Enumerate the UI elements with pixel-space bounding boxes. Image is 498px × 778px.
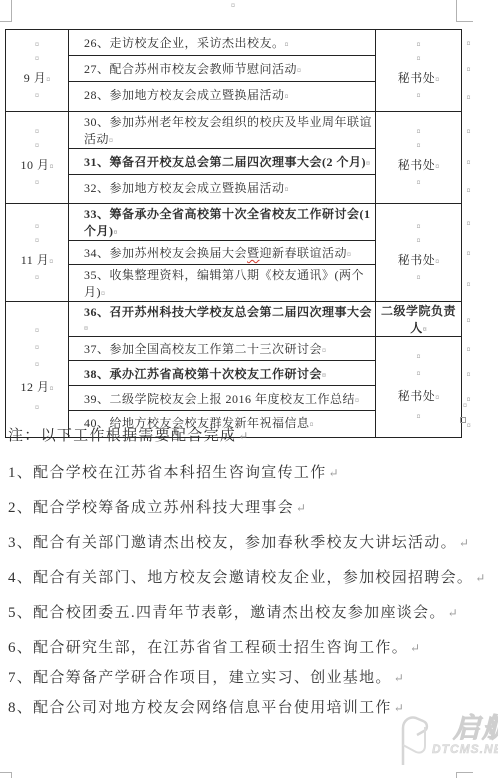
formatting-mark: ¤	[49, 257, 53, 266]
formatting-mark: ¤	[417, 370, 421, 378]
formatting-mark: ¤	[35, 142, 39, 150]
formatting-mark: ¤	[467, 186, 471, 195]
responsible-label: 二级学院负责人	[381, 304, 456, 335]
note-text: 7、配合筹备产学研合作项目，建立实习、创业基地。	[8, 670, 392, 686]
task-cell-34: 34、参加苏州校友会换届大会暨迎新春联谊活动¤	[69, 241, 376, 265]
task-row-26: ¤ ¤ 9 月¤ ¤ 26、走访校友企业，采访杰出校友。¤ ¤ ¤ 秘书处¤ ¤…	[6, 30, 476, 56]
task-cell-31: 31、筹备召开校友总会第二届四次理事大会(2 个月)¤	[69, 149, 376, 175]
task-text: 37、参加全国高校友工作第二十三次研讨会	[84, 342, 322, 356]
formatting-mark: ¤	[109, 136, 113, 145]
row-end-mark: ¤	[462, 204, 476, 241]
month-cell-november: ¤ ¤ 11 月¤ ¤	[6, 204, 69, 302]
task-cell-26: 26、走访校友企业，采访杰出校友。¤	[69, 30, 376, 56]
row-end-mark: ¤	[462, 302, 476, 337]
task-row-33: ¤ ¤ 11 月¤ ¤ 33、筹备承办全省高校第十次全省校友工作研讨会(1 个月…	[6, 204, 476, 241]
formatting-mark: ¤	[35, 55, 39, 63]
formatting-mark: ¤	[417, 55, 421, 63]
formatting-mark: ¤	[35, 128, 39, 136]
formatting-mark: ¤	[467, 370, 471, 379]
task-cell-35: 35、收集整理资料，编辑第八期《校友通讯》(两个月)¤	[69, 265, 376, 302]
formatting-mark: ¤	[35, 327, 39, 335]
task-text: 26、走访校友企业，采访杰出校友。	[84, 36, 285, 50]
responsible-label: 秘书处	[398, 158, 436, 172]
formatting-mark: ¤	[231, 2, 235, 10]
formatting-mark: ¤	[285, 92, 289, 101]
responsible-cell-october: ¤ ¤ 秘书处¤ ¤	[376, 112, 462, 204]
month-label: 9 月	[24, 71, 47, 85]
task-text: 28、参加地方校友会成立暨换届活动	[84, 88, 285, 102]
task-text: 35、收集整理资料，编辑第八期《校友通讯》(两个月)	[84, 268, 364, 299]
note-text: 3、配合有关部门邀请杰出校友，参加春秋季校友大讲坛活动。	[8, 535, 457, 551]
formatting-mark: ¤	[35, 237, 39, 245]
formatting-mark: ¤	[35, 179, 39, 187]
formatting-mark: ¤	[463, 402, 467, 410]
note-text: 1、配合学校在江苏省本科招生咨询宣传工作	[8, 465, 327, 481]
task-text: 38、承办江苏省高校第十次校友工作研讨会	[84, 367, 322, 381]
formatting-mark: ¤	[35, 223, 39, 231]
formatting-mark: ¤	[467, 316, 471, 325]
task-row-30: ¤ ¤ 10 月¤ ¤ 30、参加苏州老年校友会组织的校庆及毕业周年联谊活动¤ …	[6, 112, 476, 149]
row-end-mark: ¤	[462, 82, 476, 112]
month-cell-december: ¤ ¤ ¤ 12 月¤ ¤	[6, 302, 69, 438]
row-end-mark: ¤	[462, 361, 476, 386]
formatting-mark: ¤	[467, 395, 471, 404]
formatting-mark: ¤	[435, 257, 439, 266]
note-line-4: 4、配合有关部门、地方校友会邀请校友企业，参加校园招聘会。↵	[8, 566, 496, 601]
formatting-mark: ¤	[285, 40, 289, 49]
month-label: 12 月	[20, 380, 49, 394]
task-cell-39: 39、二级学院校友会上报 2016 年度校友工作总结¤	[69, 386, 376, 411]
task-text: 27、配合苏州市校友会教师节慰问活动	[84, 62, 297, 76]
task-text: 32、参加地方校友会成立暨换届活动	[84, 181, 285, 195]
formatting-mark: ¤	[285, 185, 289, 194]
task-text: 31、筹备召开校友总会第二届四次理事大会(2 个月)	[84, 155, 366, 169]
page-margin-mark-top-right	[456, 0, 473, 22]
note-text: 8、配合公司对地方校友会网络信息平台使用培训工作	[8, 700, 392, 716]
anchor-square-mark	[460, 417, 466, 423]
row-end-mark: ¤	[462, 56, 476, 82]
note-text: 5、配合校团委五.四青年节表彰，邀请杰出校友参加座谈会。	[8, 605, 446, 621]
page-margin-mark-bottom-left	[0, 772, 12, 778]
formatting-mark: ¤	[347, 250, 351, 259]
month-label: 10 月	[20, 158, 49, 172]
responsible-cell-deans: 二级学院负责人¤	[376, 302, 462, 337]
formatting-mark: ¤	[322, 371, 326, 380]
task-cell-38: 38、承办江苏省高校第十次校友工作研讨会¤	[69, 361, 376, 386]
paragraph-mark: ↵	[475, 571, 486, 585]
formatting-mark: ¤	[46, 75, 50, 84]
formatting-mark: ¤	[417, 92, 421, 100]
formatting-mark: ¤	[467, 93, 471, 102]
formatting-mark: ¤	[297, 66, 301, 75]
formatting-mark: ¤	[467, 65, 471, 74]
paragraph-mark: ↵	[448, 606, 459, 620]
formatting-mark: ¤	[417, 223, 421, 231]
note-line-3: 3、配合有关部门邀请杰出校友，参加春秋季校友大讲坛活动。↵	[8, 531, 496, 566]
formatting-mark: ¤	[417, 413, 421, 421]
formatting-mark: ¤	[435, 75, 439, 84]
task-text: 36、召开苏州科技大学校友总会第二届四次理事大会	[84, 305, 372, 319]
responsible-cell-september: ¤ ¤ 秘书处¤ ¤	[376, 30, 462, 112]
month-cell-september: ¤ ¤ 9 月¤ ¤	[6, 30, 69, 112]
formatting-mark: ¤	[35, 92, 39, 100]
formatting-mark: ¤	[467, 127, 471, 136]
notes-header-text: 注：以下工作根据需要配合完成	[8, 428, 236, 444]
formatting-mark: ¤	[322, 346, 326, 355]
row-end-mark: ¤	[462, 175, 476, 204]
task-cell-36: 36、召开苏州科技大学校友总会第二届四次理事大会¤	[69, 302, 376, 337]
task-text: 34、参加苏州校友会换届大会	[84, 246, 247, 260]
note-line-2: 2、配合学校筹备成立苏州科技大理事会↵	[8, 496, 496, 531]
formatting-mark: ¤	[50, 384, 54, 393]
task-cell-28: 28、参加地方校友会成立暨换届活动¤	[69, 82, 376, 112]
note-line-1: 1、配合学校在江苏省本科招生咨询宣传工作↵	[8, 461, 496, 496]
formatting-mark: ¤	[467, 345, 471, 354]
formatting-mark: ¤	[417, 142, 421, 150]
formatting-mark: ¤	[35, 274, 39, 282]
formatting-mark: ¤	[435, 393, 439, 402]
paragraph-mark: ↵	[296, 501, 307, 515]
paragraph-mark: ↵	[410, 641, 421, 655]
formatting-mark: ¤	[417, 353, 421, 361]
task-text: 30、参加苏州老年校友会组织的校庆及毕业周年联谊活动	[84, 115, 372, 146]
formatting-mark: ¤	[417, 128, 421, 136]
task-cell-32: 32、参加地方校友会成立暨换届活动¤	[69, 175, 376, 204]
spellcheck-underlined-char: 暨	[247, 246, 260, 260]
note-line-7: 7、配合筹备产学研合作项目，建立实习、创业基地。↵	[8, 666, 496, 696]
row-end-mark: ¤	[462, 337, 476, 361]
task-row-37: 37、参加全国高校友工作第二十三次研讨会¤ ¤ ¤ 秘书处¤ ¤ ¤	[6, 337, 476, 361]
responsible-label: 秘书处	[398, 389, 436, 403]
task-text: 39、二级学院校友会上报 2016 年度校友工作总结	[84, 392, 355, 406]
paragraph-mark: ↵	[329, 466, 340, 480]
formatting-mark: ¤	[35, 404, 39, 412]
note-text: 4、配合有关部门、地方校友会邀请校友企业，参加校园招聘会。	[8, 570, 473, 586]
watermark-logo-icon	[396, 713, 430, 769]
formatting-mark: ¤	[467, 219, 471, 228]
formatting-mark: ¤	[467, 158, 471, 167]
notes-header: 注：以下工作根据需要配合完成↵	[8, 424, 496, 461]
note-line-6: 6、配合研究生部，在江苏省省工程硕士招生咨询工作。↵	[8, 636, 496, 666]
notes-section: 注：以下工作根据需要配合完成↵ 1、配合学校在江苏省本科招生咨询宣传工作↵ 2、…	[8, 424, 496, 726]
paragraph-mark: ↵	[238, 429, 249, 443]
responsible-cell-december: ¤ ¤ 秘书处¤ ¤	[376, 337, 462, 438]
note-line-5: 5、配合校团委五.四青年节表彰，邀请杰出校友参加座谈会。↵	[8, 601, 496, 636]
task-cell-27: 27、配合苏州市校友会教师节慰问活动¤	[69, 56, 376, 82]
task-text: 33、筹备承办全省高校第十次全省校友工作研讨会(1 个月)	[84, 207, 371, 238]
task-row-36: ¤ ¤ ¤ 12 月¤ ¤ 36、召开苏州科技大学校友总会第二届四次理事大会¤ …	[6, 302, 476, 337]
paragraph-mark: ↵	[459, 536, 470, 550]
formatting-mark: ¤	[417, 179, 421, 187]
formatting-mark: ¤	[101, 289, 105, 298]
responsible-cell-november: ¤ ¤ 秘书处¤ ¤	[376, 204, 462, 302]
formatting-mark: ¤	[417, 237, 421, 245]
row-end-mark: ¤	[462, 30, 476, 56]
formatting-mark: ¤	[467, 39, 471, 48]
formatting-mark: ¤	[50, 162, 54, 171]
note-text: 2、配合学校筹备成立苏州科技大理事会	[8, 500, 294, 516]
formatting-mark: ¤	[355, 396, 359, 405]
page-margin-mark-top-left	[0, 0, 12, 22]
responsible-label: 秘书处	[398, 253, 436, 267]
watermark-brand-text: 启航	[453, 713, 498, 743]
formatting-mark: ¤	[417, 274, 421, 282]
paragraph-mark: ↵	[394, 671, 405, 685]
formatting-mark: ¤	[366, 159, 370, 168]
formatting-mark: ¤	[84, 324, 88, 333]
formatting-mark: ¤	[423, 325, 427, 334]
formatting-mark: ¤	[417, 41, 421, 49]
task-cell-37: 37、参加全国高校友工作第二十三次研讨会¤	[69, 337, 376, 361]
formatting-mark: ¤	[467, 249, 471, 258]
formatting-mark: ¤	[35, 41, 39, 49]
formatting-mark: ¤	[35, 361, 39, 369]
responsible-label: 秘书处	[398, 71, 436, 85]
work-plan-table: ¤ ¤ 9 月¤ ¤ 26、走访校友企业，采访杰出校友。¤ ¤ ¤ 秘书处¤ ¤…	[5, 29, 476, 438]
row-end-mark: ¤	[462, 149, 476, 175]
formatting-mark: ¤	[35, 344, 39, 352]
row-end-mark: ¤	[462, 265, 476, 302]
watermark: 启航 DTCMS.NET	[396, 713, 496, 775]
formatting-mark: ¤	[435, 162, 439, 171]
task-text: 迎新春联谊活动	[260, 246, 348, 260]
row-end-mark: ¤	[462, 241, 476, 265]
row-end-mark: ¤	[462, 112, 476, 149]
formatting-mark: ¤	[114, 228, 118, 237]
watermark-domain-text: DTCMS.NET	[432, 743, 498, 756]
formatting-mark: ¤	[467, 280, 471, 289]
document-page: ¤ ¤ ¤ 9 月¤ ¤ 26、走访校友企业，采访杰出校友。¤ ¤ ¤ 秘书处¤…	[0, 0, 498, 778]
note-text: 6、配合研究生部，在江苏省省工程硕士招生咨询工作。	[8, 640, 408, 656]
task-cell-33: 33、筹备承办全省高校第十次全省校友工作研讨会(1 个月)¤	[69, 204, 376, 241]
month-label: 11 月	[21, 253, 50, 267]
task-cell-30: 30、参加苏州老年校友会组织的校庆及毕业周年联谊活动¤	[69, 112, 376, 149]
month-cell-october: ¤ ¤ 10 月¤ ¤	[6, 112, 69, 204]
